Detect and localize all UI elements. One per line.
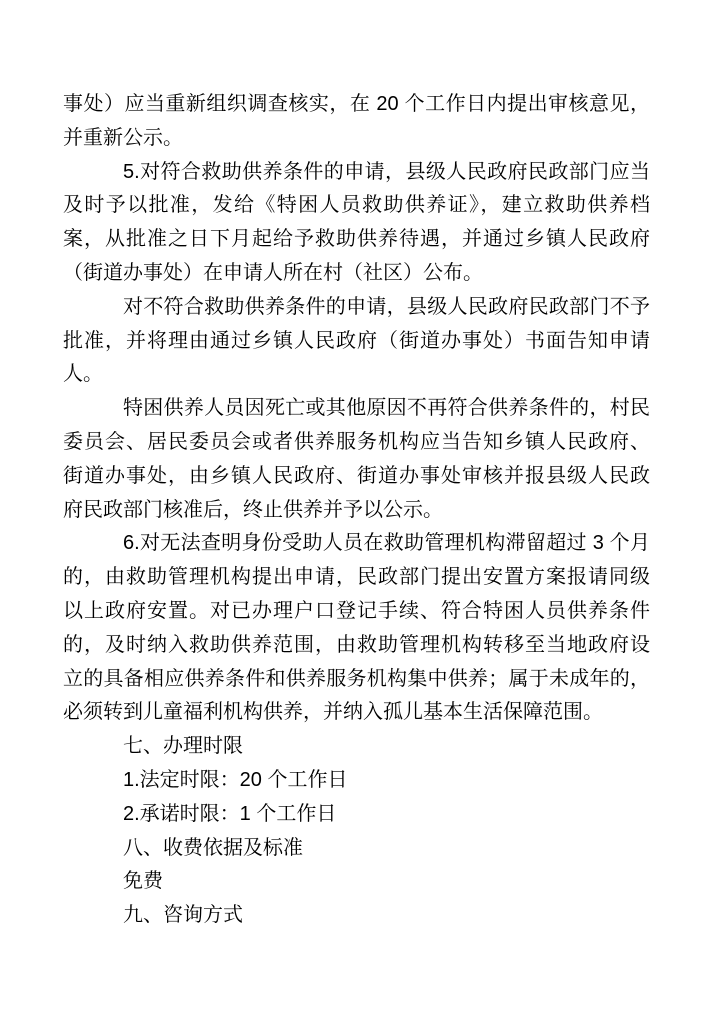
text-line: 街道办事处，由乡镇人民政府、街道办事处审核并报县级人民政: [63, 460, 650, 494]
paragraph: 2.承诺时限：1 个工作日: [63, 798, 650, 832]
paragraph: 5.对符合救助供养条件的申请，县级人民政府民政部门应当及时予以批准，发给《特困人…: [63, 156, 650, 291]
paragraph: 事处）应当重新组织调查核实，在 20 个工作日内提出审核意见，并重新公示。: [63, 88, 650, 156]
text-line: 九、咨询方式: [63, 899, 650, 933]
text-line: （街道办事处）在申请人所在村（社区）公布。: [63, 257, 650, 291]
text-line: 2.承诺时限：1 个工作日: [63, 798, 650, 832]
text-line: 必须转到儿童福利机构供养，并纳入孤儿基本生活保障范围。: [63, 696, 650, 730]
text-line: 府民政部门核准后，终止供养并予以公示。: [63, 494, 650, 528]
text-line: 事处）应当重新组织调查核实，在 20 个工作日内提出审核意见，: [63, 88, 650, 122]
paragraph: 对不符合救助供养条件的申请，县级人民政府民政部门不予批准，并将理由通过乡镇人民政…: [63, 291, 650, 392]
text-line: 八、收费依据及标准: [63, 832, 650, 866]
text-line: 委员会、居民委员会或者供养服务机构应当告知乡镇人民政府、: [63, 426, 650, 460]
text-line: 案，从批准之日下月起给予救助供养待遇，并通过乡镇人民政府: [63, 223, 650, 257]
paragraph: 九、咨询方式: [63, 899, 650, 933]
text-line: 并重新公示。: [63, 122, 650, 156]
text-line: 5.对符合救助供养条件的申请，县级人民政府民政部门应当: [63, 156, 650, 190]
text-line: 对不符合救助供养条件的申请，县级人民政府民政部门不予: [63, 291, 650, 325]
text-line: 1.法定时限：20 个工作日: [63, 764, 650, 798]
text-line: 以上政府安置。对已办理户口登记手续、符合特困人员供养条件: [63, 595, 650, 629]
text-line: 的，由救助管理机构提出申请，民政部门提出安置方案报请同级: [63, 561, 650, 595]
paragraph: 免费: [63, 865, 650, 899]
text-line: 七、办理时限: [63, 730, 650, 764]
text-line: 6.对无法查明身份受助人员在救助管理机构滞留超过 3 个月: [63, 527, 650, 561]
text-line: 立的具备相应供养条件和供养服务机构集中供养；属于未成年的，: [63, 663, 650, 697]
paragraph: 特困供养人员因死亡或其他原因不再符合供养条件的，村民委员会、居民委员会或者供养服…: [63, 392, 650, 527]
text-line: 免费: [63, 865, 650, 899]
document-page: 事处）应当重新组织调查核实，在 20 个工作日内提出审核意见，并重新公示。5.对…: [0, 0, 715, 1011]
paragraph: 八、收费依据及标准: [63, 832, 650, 866]
text-line: 特困供养人员因死亡或其他原因不再符合供养条件的，村民: [63, 392, 650, 426]
text-line: 人。: [63, 358, 650, 392]
text-line: 及时予以批准，发给《特困人员救助供养证》，建立救助供养档: [63, 189, 650, 223]
text-line: 批准，并将理由通过乡镇人民政府（街道办事处）书面告知申请: [63, 325, 650, 359]
paragraph: 6.对无法查明身份受助人员在救助管理机构滞留超过 3 个月的，由救助管理机构提出…: [63, 527, 650, 730]
paragraph: 1.法定时限：20 个工作日: [63, 764, 650, 798]
paragraph: 七、办理时限: [63, 730, 650, 764]
text-line: 的，及时纳入救助供养范围，由救助管理机构转移至当地政府设: [63, 629, 650, 663]
document-body: 事处）应当重新组织调查核实，在 20 个工作日内提出审核意见，并重新公示。5.对…: [63, 88, 650, 933]
